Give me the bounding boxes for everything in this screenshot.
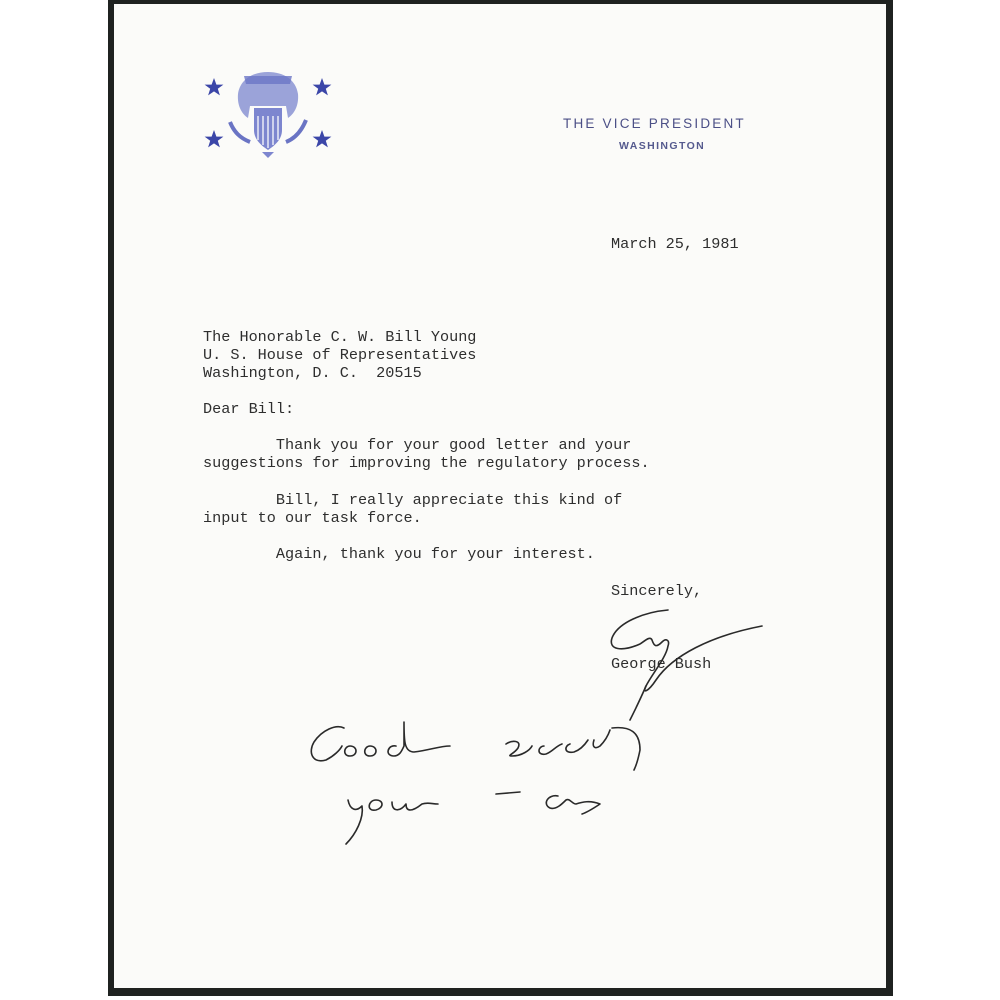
body-line: input to our task force. — [203, 509, 622, 527]
address-line: The Honorable C. W. Bill Young — [203, 328, 476, 346]
recipient-address: The Honorable C. W. Bill Young U. S. Hou… — [203, 328, 476, 382]
salutation: Dear Bill: — [203, 400, 294, 418]
eagle-shield-icon — [230, 72, 306, 158]
letterhead-subtitle: WASHINGTON — [619, 140, 705, 152]
body-paragraph: Again, thank you for your interest. — [203, 545, 595, 563]
body-line: Thank you for your good letter and your — [203, 436, 650, 454]
address-line: Washington, D. C. 20515 — [203, 364, 476, 382]
body-line: suggestions for improving the regulatory… — [203, 454, 650, 472]
letterhead-title: THE VICE PRESIDENT — [563, 116, 746, 131]
body-paragraph: Thank you for your good letter and your … — [203, 436, 650, 472]
vice-presidential-seal-icon — [200, 66, 340, 162]
body-paragraph: Bill, I really appreciate this kind of i… — [203, 491, 622, 527]
address-line: U. S. House of Representatives — [203, 346, 476, 364]
body-line: Again, thank you for your interest. — [203, 545, 595, 563]
body-line: Bill, I really appreciate this kind of — [203, 491, 622, 509]
handwritten-signature-and-note-icon — [300, 600, 780, 860]
closing: Sincerely, — [611, 582, 702, 600]
letter-date: March 25, 1981 — [611, 235, 739, 253]
